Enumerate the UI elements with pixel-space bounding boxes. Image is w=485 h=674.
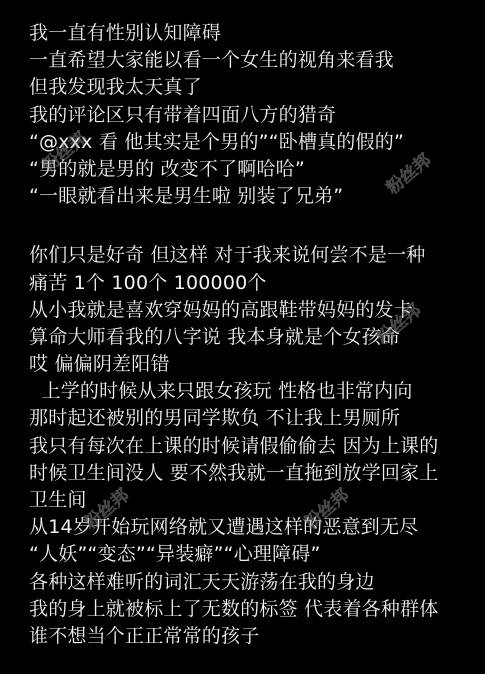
text-line: 从小我就是喜欢穿妈妈的高跟鞋带妈妈的发卡 (29, 297, 479, 324)
text-line: 我的评论区只有带着四面八方的猎奇 (29, 102, 479, 129)
text-line: 我一直有性别认知障碍 (29, 20, 479, 47)
post-text-block: 我一直有性别认知障碍 一直希望大家能以看一个女生的视角来看我 但我发现我太天真了… (29, 20, 479, 650)
text-line: 时候卫生间没人 要不然我就一直拖到放学回家上 (29, 460, 479, 487)
text-line: 谁不想当个正正常常的孩子 (29, 623, 479, 650)
text-line: 算命大师看我的八字说 我本身就是个女孩命 (29, 324, 479, 351)
text-line: 那时起还被别的男同学欺负 不让我上男厕所 (29, 405, 479, 432)
text-line: 卫生间 (29, 487, 479, 514)
text-line: 但我发现我太天真了 (29, 74, 479, 101)
quote-line: “男的就是男的 改变不了啊哈哈” (29, 156, 479, 183)
text-line: 哎 偏偏阴差阳错 (29, 351, 479, 378)
text-line: 我只有每次在上课的时候请假偷偷去 因为上课的 (29, 433, 479, 460)
text-line: 从14岁开始玩网络就又遭遇这样的恶意到无尽 (29, 514, 479, 541)
text-line: 各种这样难听的词汇天天游荡在我的身边 (29, 569, 479, 596)
quote-line: “人妖”“变态”“异装癖”“心理障碍” (29, 541, 479, 568)
quote-line: “一眼就看出来是男生啦 别装了兄弟” (29, 183, 479, 210)
text-line: 你们只是好奇 但这样 对于我来说何尝不是一种 (29, 242, 479, 269)
text-line: 我的身上就被标上了无数的标签 代表着各种群体 (29, 596, 479, 623)
text-line: 一直希望大家能以看一个女生的视角来看我 (29, 47, 479, 74)
text-line: 痛苦 1个 100个 100000个 (29, 270, 479, 297)
quote-line: “@xxx 看 他其实是个男的”“卧槽真的假的” (29, 129, 479, 156)
text-line: 上学的时候从来只跟女孩玩 性格也非常内向 (29, 378, 479, 405)
paragraph-break (29, 210, 479, 242)
